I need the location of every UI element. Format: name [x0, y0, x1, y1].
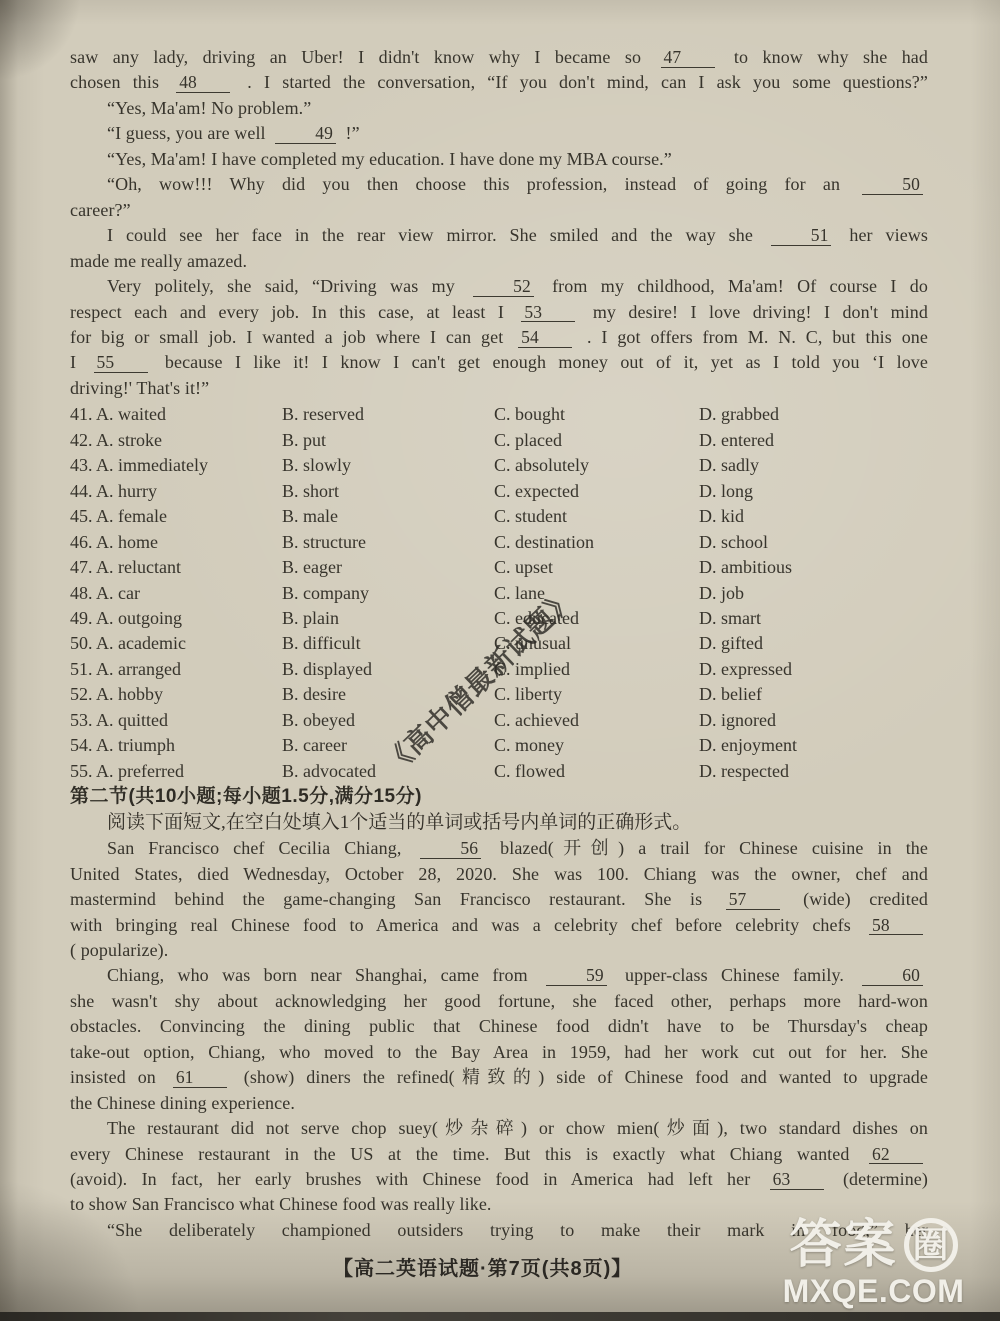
page-footer: 【高二英语试题·第7页(共8页)】 [333, 1252, 632, 1281]
passage-line: San Francisco chef Cecilia Chiang, 56 bl… [70, 836, 928, 861]
option-cell: D. smart [699, 606, 928, 631]
option-cell: 42. A. stroke [70, 428, 282, 453]
cloze-blank-55: 55 [94, 353, 148, 373]
option-row: 55. A. preferredB. advocatedC. flowedD. … [70, 759, 928, 784]
cloze-blank-61: 61 [173, 1068, 227, 1088]
option-cell: B. difficult [282, 631, 494, 656]
option-cell: D. sadly [699, 453, 928, 478]
blank-number: 48 [179, 72, 197, 92]
passage-line: “Oh, wow!!! Why did you then choose this… [70, 172, 928, 197]
cloze-blank-63: 63 [770, 1170, 824, 1190]
option-cell: 44. A. hurry [70, 479, 282, 504]
passage-line: The restaurant did not serve chop suey(炒… [70, 1116, 928, 1141]
option-cell: B. put [282, 428, 494, 453]
cloze-blank-57: 57 [726, 890, 780, 910]
blank-number: 63 [773, 1169, 791, 1189]
passage-line: Very politely, she said, “Driving was my… [70, 274, 928, 299]
option-cell: D. entered [699, 428, 928, 453]
cloze-blank-49: 49 [275, 124, 336, 144]
option-cell: D. kid [699, 504, 928, 529]
option-cell: 49. A. outgoing [70, 606, 282, 631]
option-cell: D. grabbed [699, 402, 928, 427]
passage-line: “Yes, Ma'am! I have completed my educati… [70, 147, 928, 172]
passage-line: take-out option, Chiang, who moved to th… [70, 1040, 928, 1065]
passage-line: saw any lady, driving an Uber! I didn't … [70, 45, 928, 70]
blank-number: 57 [729, 889, 747, 909]
scanned-exam-page: saw any lady, driving an Uber! I didn't … [0, 0, 1000, 1321]
blank-number: 58 [872, 915, 890, 935]
option-cell: B. eager [282, 555, 494, 580]
option-cell: C. money [494, 733, 699, 758]
option-cell: 52. A. hobby [70, 682, 282, 707]
option-cell: D. enjoyment [699, 733, 928, 758]
passage-line: respect each and every job. In this case… [70, 300, 928, 325]
option-cell: D. ignored [699, 708, 928, 733]
blank-number: 50 [902, 174, 920, 194]
option-cell: D. school [699, 530, 928, 555]
option-row: 42. A. strokeB. putC. placedD. entered [70, 428, 928, 453]
passage-line: ( popularize). [70, 938, 928, 963]
passage-line: mastermind behind the game-changing San … [70, 887, 928, 912]
blank-number: 53 [524, 302, 542, 322]
passage-line: insisted on 61 (show) diners the refined… [70, 1065, 928, 1090]
section2-instruction: 阅读下面短文,在空白处填入1个适当的单词或括号内单词的正确形式。 [70, 810, 928, 836]
photo-bottom-edge [0, 1312, 1000, 1321]
blank-number: 52 [513, 276, 531, 296]
passage-line: to show San Francisco what Chinese food … [70, 1192, 928, 1217]
passage-line: driving!' That's it!” [70, 376, 928, 401]
option-cell: C. upset [494, 555, 699, 580]
option-cell: D. gifted [699, 631, 928, 656]
option-cell: 48. A. car [70, 581, 282, 606]
option-cell: C. achieved [494, 708, 699, 733]
blank-number: 54 [521, 327, 539, 347]
option-row: 41. A. waitedB. reservedC. boughtD. grab… [70, 402, 928, 427]
option-cell: B. slowly [282, 453, 494, 478]
option-cell: 53. A. quitted [70, 708, 282, 733]
passage-line: “I guess, you are well 49 !” [70, 121, 928, 146]
option-cell: D. ambitious [699, 555, 928, 580]
option-cell: C. destination [494, 530, 699, 555]
cloze-blank-53: 53 [521, 303, 575, 323]
option-cell: D. respected [699, 759, 928, 784]
cloze-blank-62: 62 [869, 1145, 923, 1165]
option-cell: C. liberty [494, 682, 699, 707]
cloze-blank-56: 56 [420, 839, 481, 859]
option-cell: 46. A. home [70, 530, 282, 555]
cloze-blank-60: 60 [862, 966, 923, 986]
option-cell: 54. A. triumph [70, 733, 282, 758]
option-cell: C. absolutely [494, 453, 699, 478]
passage-line: Chiang, who was born near Shanghai, came… [70, 963, 928, 988]
option-cell: D. job [699, 581, 928, 606]
option-cell: B. reserved [282, 402, 494, 427]
brand-circle-icon: 圈 [904, 1218, 958, 1272]
option-cell: 41. A. waited [70, 402, 282, 427]
option-cell: C. placed [494, 428, 699, 453]
blank-number: 55 [97, 352, 115, 372]
option-row: 48. A. carB. companyC. laneD. job [70, 581, 928, 606]
cloze-blank-59: 59 [546, 966, 607, 986]
blank-number: 47 [664, 47, 682, 67]
option-cell: C. expected [494, 479, 699, 504]
option-cell: B. plain [282, 606, 494, 631]
cloze-blank-50: 50 [862, 175, 923, 195]
option-cell: D. belief [699, 682, 928, 707]
option-cell: C. lane [494, 581, 699, 606]
blank-number: 62 [872, 1144, 890, 1164]
option-row: 45. A. femaleB. maleC. studentD. kid [70, 504, 928, 529]
section2-title: 第二节(共10小题;每小题1.5分,满分15分) [70, 784, 928, 810]
blank-number: 61 [176, 1067, 194, 1087]
option-cell: 50. A. academic [70, 631, 282, 656]
passage-line: for big or small job. I wanted a job whe… [70, 325, 928, 350]
passage-line: obstacles. Convincing the dining public … [70, 1014, 928, 1039]
cloze-blank-51: 51 [771, 226, 832, 246]
option-cell: D. long [699, 479, 928, 504]
passage-line: chosen this 48 . I started the conversat… [70, 70, 928, 95]
cloze-blank-58: 58 [869, 916, 923, 936]
option-cell: 45. A. female [70, 504, 282, 529]
option-row: 53. A. quittedB. obeyedC. achievedD. ign… [70, 708, 928, 733]
cloze-blank-48: 48 [176, 73, 230, 93]
option-cell: B. male [282, 504, 494, 529]
cloze-blank-54: 54 [518, 328, 572, 348]
passage-line: with bringing real Chinese food to Ameri… [70, 913, 928, 938]
brand-logo: 答案 圈 [761, 1218, 986, 1272]
passage-line: (avoid). In fact, her early brushes with… [70, 1167, 928, 1192]
passage-line: she wasn't shy about acknowledging her g… [70, 989, 928, 1014]
brand-text: 答案 [789, 1219, 897, 1271]
option-cell: B. short [282, 479, 494, 504]
passage-line: made me really amazed. [70, 249, 928, 274]
cloze-blank-47: 47 [661, 48, 715, 68]
gapfill-passage: San Francisco chef Cecilia Chiang, 56 bl… [70, 836, 928, 1243]
option-cell: 55. A. preferred [70, 759, 282, 784]
option-cell: C. bought [494, 402, 699, 427]
passage-line: career?” [70, 198, 928, 223]
cloze-passage: saw any lady, driving an Uber! I didn't … [70, 45, 928, 401]
option-row: 44. A. hurryB. shortC. expectedD. long [70, 479, 928, 504]
option-cell: 43. A. immediately [70, 453, 282, 478]
blank-number: 56 [460, 838, 478, 858]
option-cell: D. expressed [699, 657, 928, 682]
option-cell: B. structure [282, 530, 494, 555]
option-row: 47. A. reluctantB. eagerC. upsetD. ambit… [70, 555, 928, 580]
blank-number: 51 [811, 225, 829, 245]
option-cell: 47. A. reluctant [70, 555, 282, 580]
blank-number: 60 [902, 965, 920, 985]
passage-line: United States, died Wednesday, October 2… [70, 862, 928, 887]
options-table: 41. A. waitedB. reservedC. boughtD. grab… [70, 402, 928, 784]
blank-number: 59 [586, 965, 604, 985]
passage-line: I 55 because I like it! I know I can't g… [70, 350, 928, 375]
brand-site-text: MXQE.COM [761, 1274, 986, 1309]
blank-number: 49 [315, 123, 333, 143]
option-row: 54. A. triumphB. careerC. moneyD. enjoym… [70, 733, 928, 758]
option-cell: C. flowed [494, 759, 699, 784]
option-row: 43. A. immediatelyB. slowlyC. absolutely… [70, 453, 928, 478]
cloze-blank-52: 52 [473, 277, 534, 297]
option-cell: C. student [494, 504, 699, 529]
option-row: 49. A. outgoingB. plainC. educatedD. sma… [70, 606, 928, 631]
option-row: 46. A. homeB. structureC. destinationD. … [70, 530, 928, 555]
passage-line: every Chinese restaurant in the US at th… [70, 1142, 928, 1167]
passage-line: “Yes, Ma'am! No problem.” [70, 96, 928, 121]
option-cell: B. company [282, 581, 494, 606]
brand-watermark: 答案 圈 MXQE.COM [761, 1218, 986, 1309]
passage-line: the Chinese dining experience. [70, 1091, 928, 1116]
option-cell: 51. A. arranged [70, 657, 282, 682]
passage-line: I could see her face in the rear view mi… [70, 223, 928, 248]
